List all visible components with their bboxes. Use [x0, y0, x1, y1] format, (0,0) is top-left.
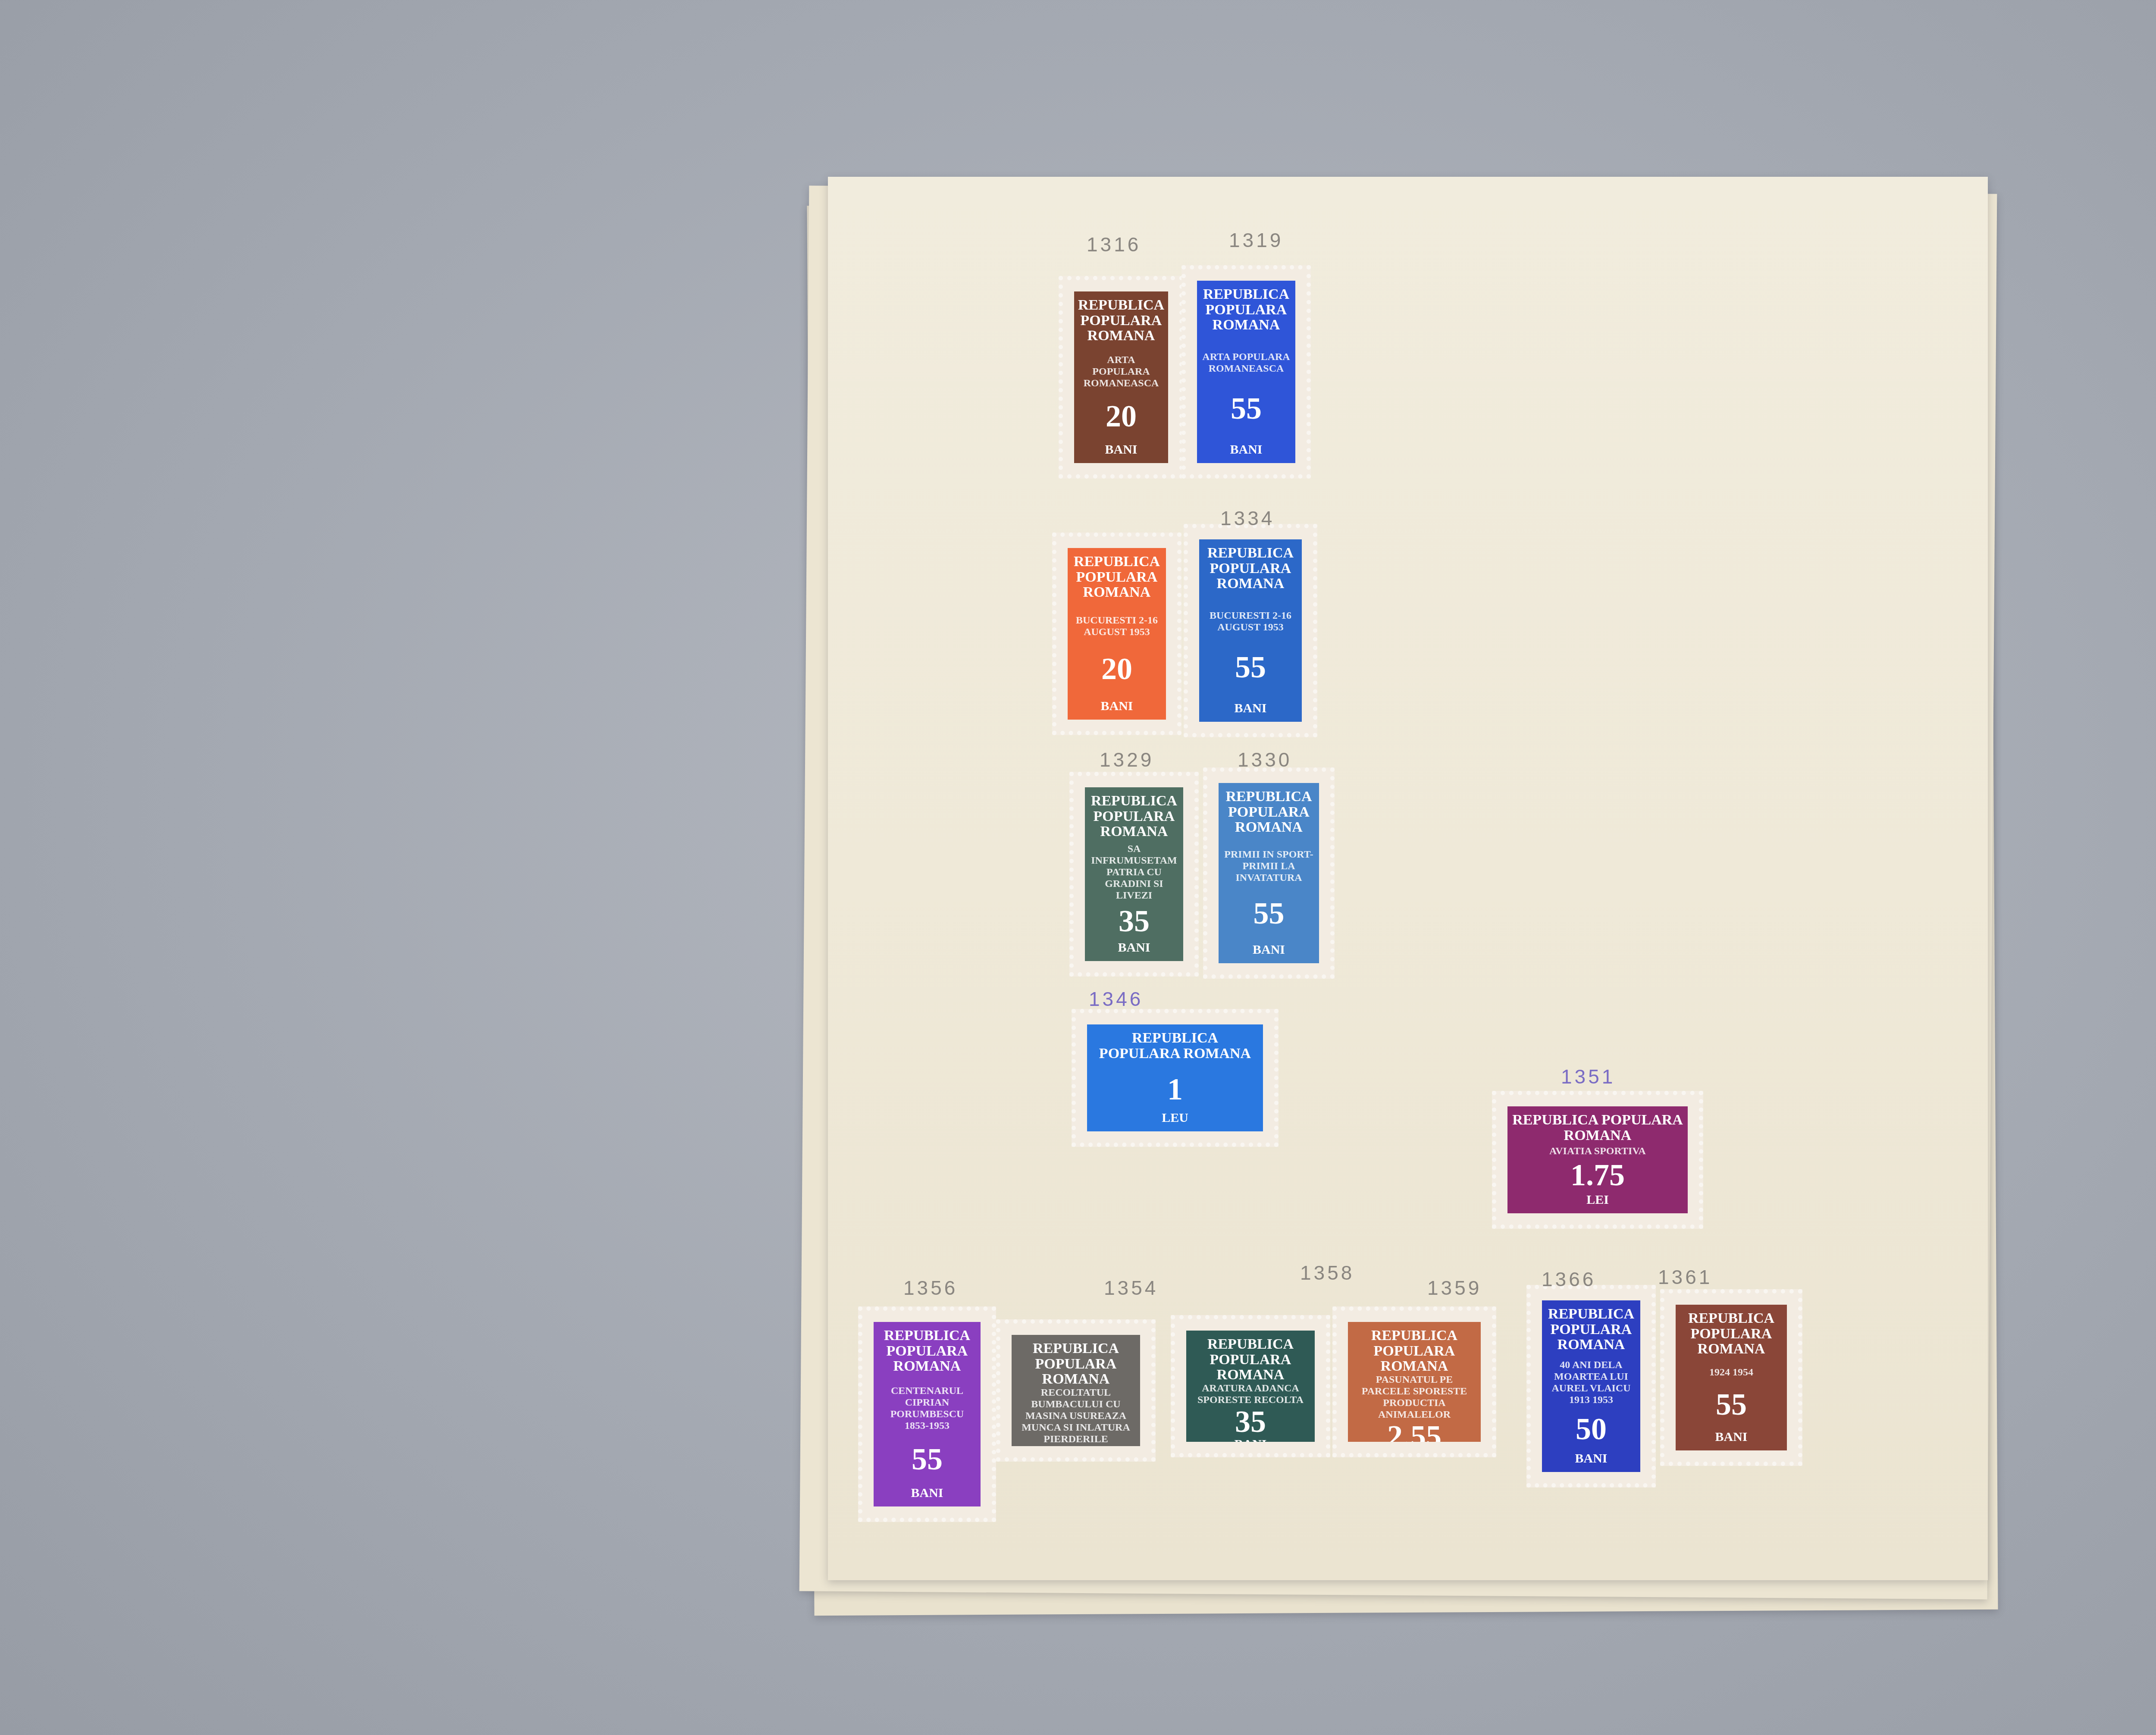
catalog-number-note: 1366	[1542, 1268, 1596, 1291]
stamp-country: REPUBLICA POPULARA ROMANA	[1091, 1030, 1260, 1061]
stamp-value: 35	[1119, 905, 1150, 936]
stamp-design: REPUBLICA POPULARA ROMANA1LEU	[1087, 1024, 1263, 1131]
stamp-unit: BANI	[1234, 701, 1266, 716]
stamp-country: REPUBLICA POPULARA ROMANA	[1545, 1306, 1637, 1353]
catalog-number-note: 1330	[1238, 748, 1292, 771]
stamp-country: REPUBLICA POPULARA ROMANA	[1222, 789, 1316, 835]
stamp-unit: LEI	[1586, 1193, 1609, 1207]
stamp-unit: BANI	[1105, 442, 1137, 457]
catalog-number-note: 1319	[1229, 229, 1283, 252]
stamp-design: REPUBLICA POPULARA ROMANA1924 195455BANI	[1676, 1305, 1787, 1450]
stamp-caption: RECOLTATUL BUMBACULUI CU MASINA USUREAZA…	[1015, 1387, 1137, 1445]
stamp-value: 50	[1576, 1413, 1607, 1444]
stamp-caption: PRIMII IN SPORT-PRIMII LA INVATATURA	[1222, 849, 1316, 884]
stamp-unit: BANI	[1253, 943, 1285, 957]
stamp-design: REPUBLICA POPULARA ROMANA40 ANI DELA MOA…	[1542, 1300, 1640, 1472]
stamp-unit: LEU	[1162, 1111, 1188, 1125]
catalog-number-note: 1356	[903, 1276, 958, 1300]
stamp-caption: BUCURESTI 2-16 AUGUST 1953	[1071, 615, 1163, 638]
catalog-number-note: 1361	[1658, 1265, 1712, 1289]
catalog-number-note: 1316	[1087, 233, 1141, 256]
stamp: REPUBLICA POPULARA ROMANAPRIMII IN SPORT…	[1203, 767, 1335, 979]
catalog-number-note: 1334	[1220, 507, 1275, 530]
catalog-number-note: 1354	[1104, 1276, 1158, 1300]
stamp-country: REPUBLICA POPULARA ROMANA	[1071, 554, 1163, 600]
stamp-design: REPUBLICA POPULARA ROMANAARATURA ADANCA …	[1186, 1331, 1315, 1442]
stamp-caption: SA INFRUMUSETAM PATRIA CU GRADINI SI LIV…	[1088, 843, 1180, 902]
stamp-value: 1	[1167, 1074, 1183, 1105]
stamp-value: 10	[1060, 1445, 1091, 1446]
stamp: REPUBLICA POPULARA ROMANA1LEU	[1072, 1009, 1279, 1147]
stamp: REPUBLICA POPULARA ROMANASA INFRUMUSETAM…	[1069, 772, 1199, 977]
stamp-country: REPUBLICA POPULARA ROMANA	[1088, 793, 1180, 839]
stamp-country: REPUBLICA POPULARA ROMANA	[1015, 1341, 1137, 1387]
stamp: REPUBLICA POPULARA ROMANABUCURESTI 2-16 …	[1184, 524, 1317, 737]
stamp-caption: ARTA POPULARA ROMANEASCA	[1078, 354, 1165, 389]
stamp-unit: BANI	[1575, 1451, 1607, 1466]
stamp-design: REPUBLICA POPULARA ROMANAAVIATIA SPORTIV…	[1507, 1106, 1688, 1213]
stamp: REPUBLICA POPULARA ROMANAARTA POPULARA R…	[1181, 265, 1311, 479]
catalog-number-note: 1329	[1100, 748, 1154, 771]
stamp: REPUBLICA POPULARA ROMANA1924 195455BANI	[1660, 1289, 1802, 1466]
stamp-country: REPUBLICA POPULARA ROMANA	[1078, 298, 1165, 344]
stamp-value: 55	[1231, 393, 1262, 424]
catalog-number-note: 1346	[1089, 987, 1143, 1011]
stamp-caption: 40 ANI DELA MOARTEA LUI AUREL VLAICU 191…	[1545, 1359, 1637, 1406]
stamp-value: 55	[912, 1444, 943, 1475]
stamp-design: REPUBLICA POPULARA ROMANAPASUNATUL PE PA…	[1348, 1322, 1481, 1442]
stamp-unit: BANI	[1715, 1430, 1747, 1444]
stamp-value: 20	[1106, 401, 1137, 432]
stamp: REPUBLICA POPULARA ROMANAPASUNATUL PE PA…	[1332, 1306, 1496, 1457]
stamp: REPUBLICA POPULARA ROMANAARATURA ADANCA …	[1171, 1315, 1330, 1457]
stamp: REPUBLICA POPULARA ROMANAARTA POPULARA R…	[1059, 276, 1184, 479]
stamp-unit: BANI	[1100, 699, 1133, 714]
stamp-caption: PASUNATUL PE PARCELE SPORESTE PRODUCTIA …	[1351, 1374, 1477, 1421]
stamp: REPUBLICA POPULARA ROMANAAVIATIA SPORTIV…	[1492, 1091, 1703, 1229]
stamp-value: 55	[1235, 651, 1266, 683]
stamp-caption: 1924 1954	[1709, 1367, 1753, 1378]
stamp-unit: BANI	[1118, 940, 1150, 955]
stamp-country: REPUBLICA POPULARA ROMANA	[1190, 1337, 1311, 1383]
stamp-value: 55	[1253, 898, 1285, 929]
stamp-value: 2.55	[1387, 1421, 1442, 1442]
stamp-value: 1.75	[1570, 1159, 1625, 1190]
catalog-number-note: 1359	[1427, 1276, 1482, 1300]
stamp-country: REPUBLICA POPULARA ROMANA	[877, 1328, 977, 1374]
stamp-design: REPUBLICA POPULARA ROMANABUCURESTI 2-16 …	[1199, 539, 1302, 722]
stamp-caption: CENTENARUL CIPRIAN PORUMBESCU 1853-1953	[877, 1385, 977, 1432]
stamp-country: REPUBLICA POPULARA ROMANA	[1351, 1328, 1477, 1374]
catalog-number-note: 1358	[1300, 1261, 1354, 1284]
stamp-value: 35	[1235, 1406, 1266, 1437]
stamp-country: REPUBLICA POPULARA ROMANA	[1200, 287, 1292, 333]
stamp-design: REPUBLICA POPULARA ROMANAPRIMII IN SPORT…	[1219, 783, 1319, 963]
stamp-value: 20	[1101, 653, 1132, 684]
stamp-caption: ARATURA ADANCA SPORESTE RECOLTA	[1190, 1383, 1311, 1406]
stamp: REPUBLICA POPULARA ROMANA40 ANI DELA MOA…	[1526, 1285, 1656, 1488]
stamp-design: REPUBLICA POPULARA ROMANAARTA POPULARA R…	[1074, 291, 1168, 463]
stamp-caption: ARTA POPULARA ROMANEASCA	[1200, 351, 1292, 375]
catalog-number-note: 1351	[1561, 1065, 1615, 1088]
stamp-design: REPUBLICA POPULARA ROMANAARTA POPULARA R…	[1197, 281, 1295, 463]
stamp-unit: BANI	[1234, 1437, 1266, 1442]
stamp-design: REPUBLICA POPULARA ROMANARECOLTATUL BUMB…	[1012, 1335, 1140, 1446]
stamp-caption: BUCURESTI 2-16 AUGUST 1953	[1203, 610, 1298, 633]
stamp: REPUBLICA POPULARA ROMANARECOLTATUL BUMB…	[996, 1319, 1156, 1462]
stamp-country: REPUBLICA POPULARA ROMANA	[1203, 545, 1298, 592]
stamp-caption: AVIATIA SPORTIVA	[1549, 1146, 1646, 1157]
stamp-country: REPUBLICA POPULARA ROMANA	[1679, 1311, 1783, 1357]
stamp-value: 55	[1716, 1389, 1747, 1420]
stamp-design: REPUBLICA POPULARA ROMANACENTENARUL CIPR…	[874, 1322, 981, 1506]
stamp: REPUBLICA POPULARA ROMANACENTENARUL CIPR…	[858, 1306, 996, 1522]
stamp: REPUBLICA POPULARA ROMANABUCURESTI 2-16 …	[1052, 532, 1181, 735]
stamp-design: REPUBLICA POPULARA ROMANABUCURESTI 2-16 …	[1068, 548, 1166, 720]
stamp-unit: BANI	[1230, 442, 1262, 457]
stamp-unit: BANI	[911, 1486, 943, 1500]
stamp-country: REPUBLICA POPULARA ROMANA	[1511, 1112, 1684, 1143]
stamp-design: REPUBLICA POPULARA ROMANASA INFRUMUSETAM…	[1085, 787, 1183, 961]
